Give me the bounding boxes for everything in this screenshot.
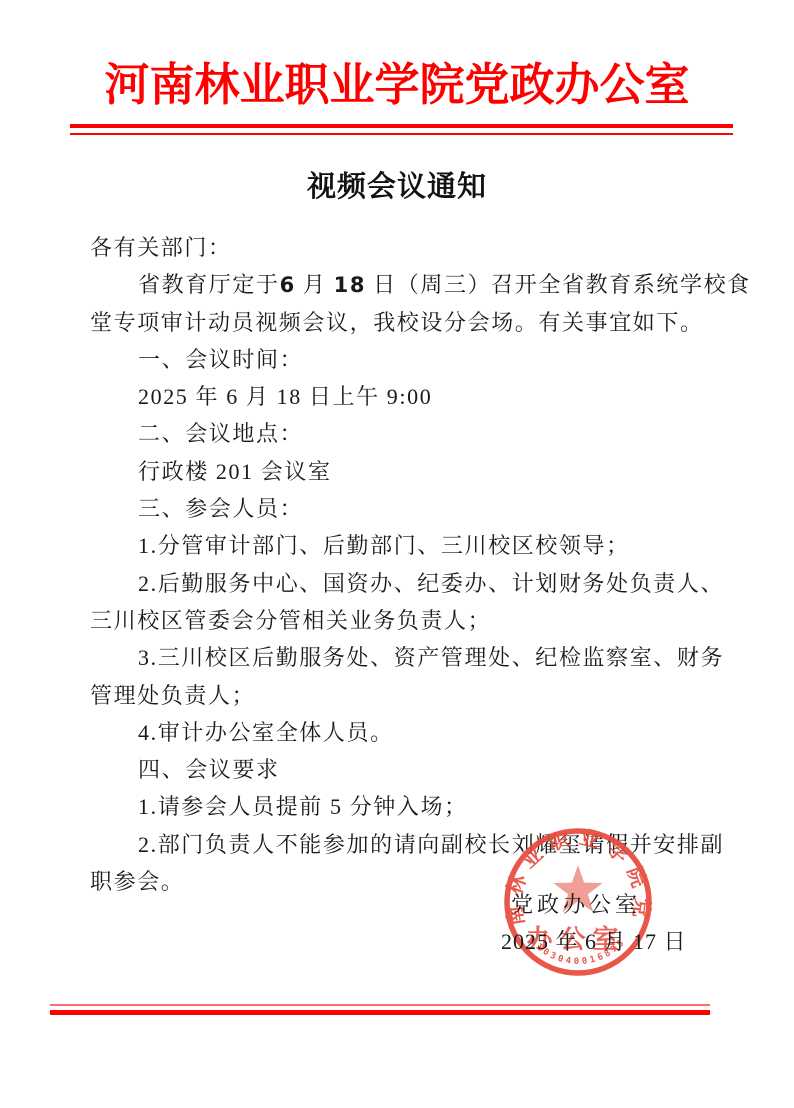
document-page: 河南林业职业学院党政办公室 视频会议通知 各有关部门：省教育厅定于6 月 18 … — [0, 0, 794, 1108]
text-segment: 1.分管审计部门、后勤部门、三川校区校领导； — [138, 533, 630, 558]
text-segment: 三川校区管委会分管相关业务负责人； — [90, 608, 491, 633]
bold-text-segment: 18 — [334, 273, 366, 297]
text-segment: 二、会议地点： — [138, 421, 303, 446]
body-line: 省教育厅定于6 月 18 日（周三）召开全省教育系统学校食 — [90, 266, 712, 303]
text-segment: 一、会议时间： — [138, 347, 303, 372]
body-line: 4.审计办公室全体人员。 — [90, 714, 712, 751]
body-line: 二、会议地点： — [90, 415, 712, 452]
body-line: 三川校区管委会分管相关业务负责人； — [90, 602, 712, 639]
signature-date: 2025 年 6 月 17 日 — [501, 925, 687, 956]
footer-divider-thin — [50, 1004, 710, 1006]
text-segment: 2.后勤服务中心、国资办、纪委办、计划财务处负责人、 — [138, 571, 724, 596]
text-segment: 3.三川校区后勤服务处、资产管理处、纪检监察室、财务 — [138, 645, 724, 670]
text-segment: 堂专项审计动员视频会议，我校设分会场。有关事宜如下。 — [90, 310, 704, 335]
body-line: 2.后勤服务中心、国资办、纪委办、计划财务处负责人、 — [90, 565, 712, 602]
body-line: 一、会议时间： — [90, 341, 712, 378]
text-segment: 日（周三）召开全省教育系统学校食 — [366, 272, 751, 297]
body-line: 管理处负责人； — [90, 677, 712, 714]
body-line: 三、参会人员： — [90, 490, 712, 527]
letterhead-title: 河南林业职业学院党政办公室 — [0, 48, 794, 113]
header-divider-thin — [70, 133, 733, 135]
body-line: 3.三川校区后勤服务处、资产管理处、纪检监察室、财务 — [90, 639, 712, 676]
body-line: 2025 年 6 月 18 日上午 9:00 — [90, 378, 712, 415]
body-line: 堂专项审计动员视频会议，我校设分会场。有关事宜如下。 — [90, 304, 712, 341]
text-segment: 管理处负责人； — [90, 683, 255, 708]
body-line: 各有关部门： — [90, 229, 712, 266]
text-segment: 月 — [296, 272, 334, 297]
text-segment: 2025 年 6 月 18 日上午 9:00 — [138, 384, 432, 409]
text-segment: 职参会。 — [90, 869, 184, 894]
text-segment: 各有关部门： — [90, 235, 232, 260]
body-line: 1.分管审计部门、后勤部门、三川校区校领导； — [90, 527, 712, 564]
document-body: 各有关部门：省教育厅定于6 月 18 日（周三）召开全省教育系统学校食堂专项审计… — [90, 229, 712, 900]
header-divider-thick — [70, 124, 733, 128]
text-segment: 三、参会人员： — [138, 496, 303, 521]
text-segment: 四、会议要求 — [138, 757, 280, 782]
bold-text-segment: 6 — [280, 273, 296, 297]
text-segment: 省教育厅定于 — [138, 272, 280, 297]
text-segment: 1.请参会人员提前 5 分钟入场； — [138, 794, 468, 819]
body-line: 行政楼 201 会议室 — [90, 453, 712, 490]
signature-department: 党政办公室 — [511, 888, 641, 919]
text-segment: 4.审计办公室全体人员。 — [138, 720, 394, 745]
body-line: 四、会议要求 — [90, 751, 712, 788]
text-segment: 行政楼 201 会议室 — [138, 459, 332, 484]
document-title: 视频会议通知 — [0, 164, 794, 205]
footer-divider-thick — [50, 1010, 710, 1015]
